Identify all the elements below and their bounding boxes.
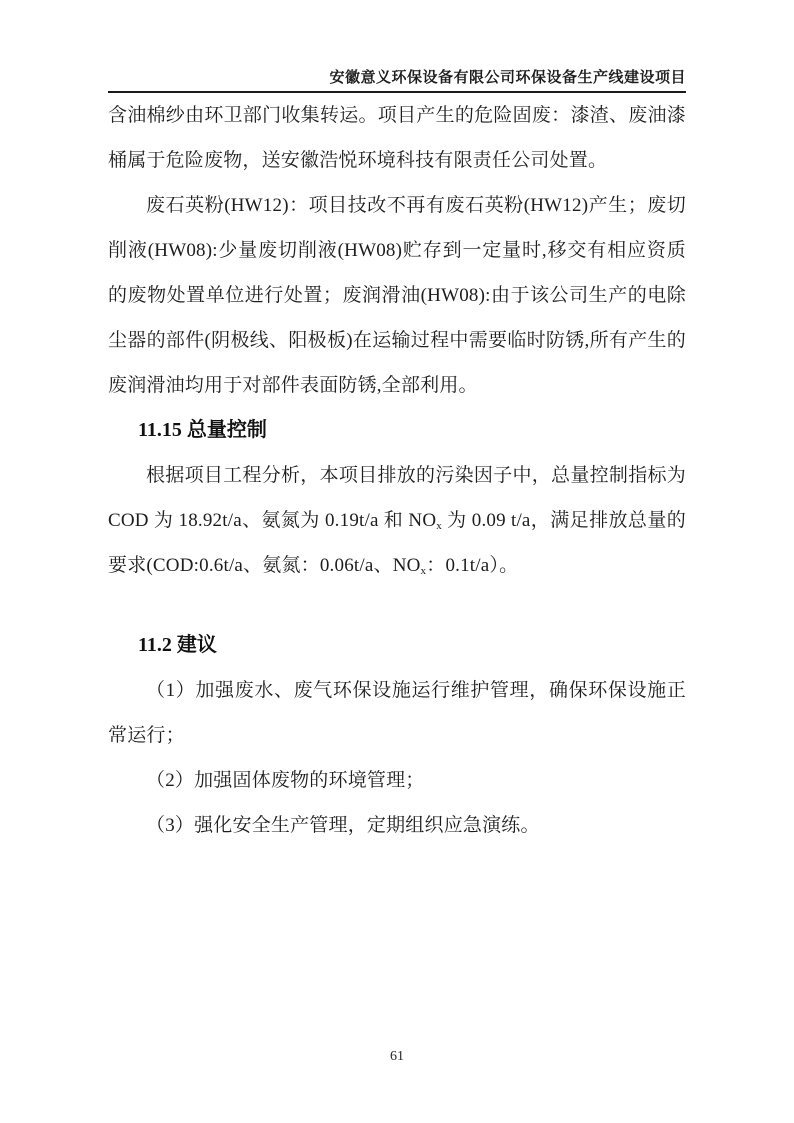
header-project-title: 安徽意义环保设备有限公司环保设备生产线建设项目 (108, 66, 686, 87)
paragraph-hazardous-waste-details: 废石英粉(HW12)：项目技改不再有废石英粉(HW12)产生；废切削液(HW08… (108, 183, 686, 408)
page-number: 61 (390, 1049, 404, 1064)
page-footer: 61 (0, 1047, 794, 1065)
page-body: 含油棉纱由环卫部门收集转运。项目产生的危险固废：漆渣、废油漆桶属于危险废物，送安… (108, 93, 686, 848)
total-control-text-3: ：0.1t/a）。 (426, 555, 518, 576)
paragraph-hazardous-waste: 含油棉纱由环卫部门收集转运。项目产生的危险固废：漆渣、废油漆桶属于危险废物，送安… (108, 93, 686, 183)
suggestion-item-1: （1）加强废水、废气环保设施运行维护管理，确保环保设施正常运行； (108, 668, 686, 758)
paragraph-total-control: 根据项目工程分析，本项目排放的污染因子中，总量控制指标为COD 为 18.92t… (108, 453, 686, 588)
heading-suggestions: 11.2 建议 (108, 623, 686, 668)
document-page: 安徽意义环保设备有限公司环保设备生产线建设项目 含油棉纱由环卫部门收集转运。项目… (0, 0, 794, 1123)
suggestion-item-2: （2）加强固体废物的环境管理； (108, 758, 686, 803)
heading-total-control: 11.15 总量控制 (108, 408, 686, 453)
suggestion-item-3: （3）强化安全生产管理，定期组织应急演练。 (108, 803, 686, 848)
page-header: 安徽意义环保设备有限公司环保设备生产线建设项目 (108, 0, 686, 93)
